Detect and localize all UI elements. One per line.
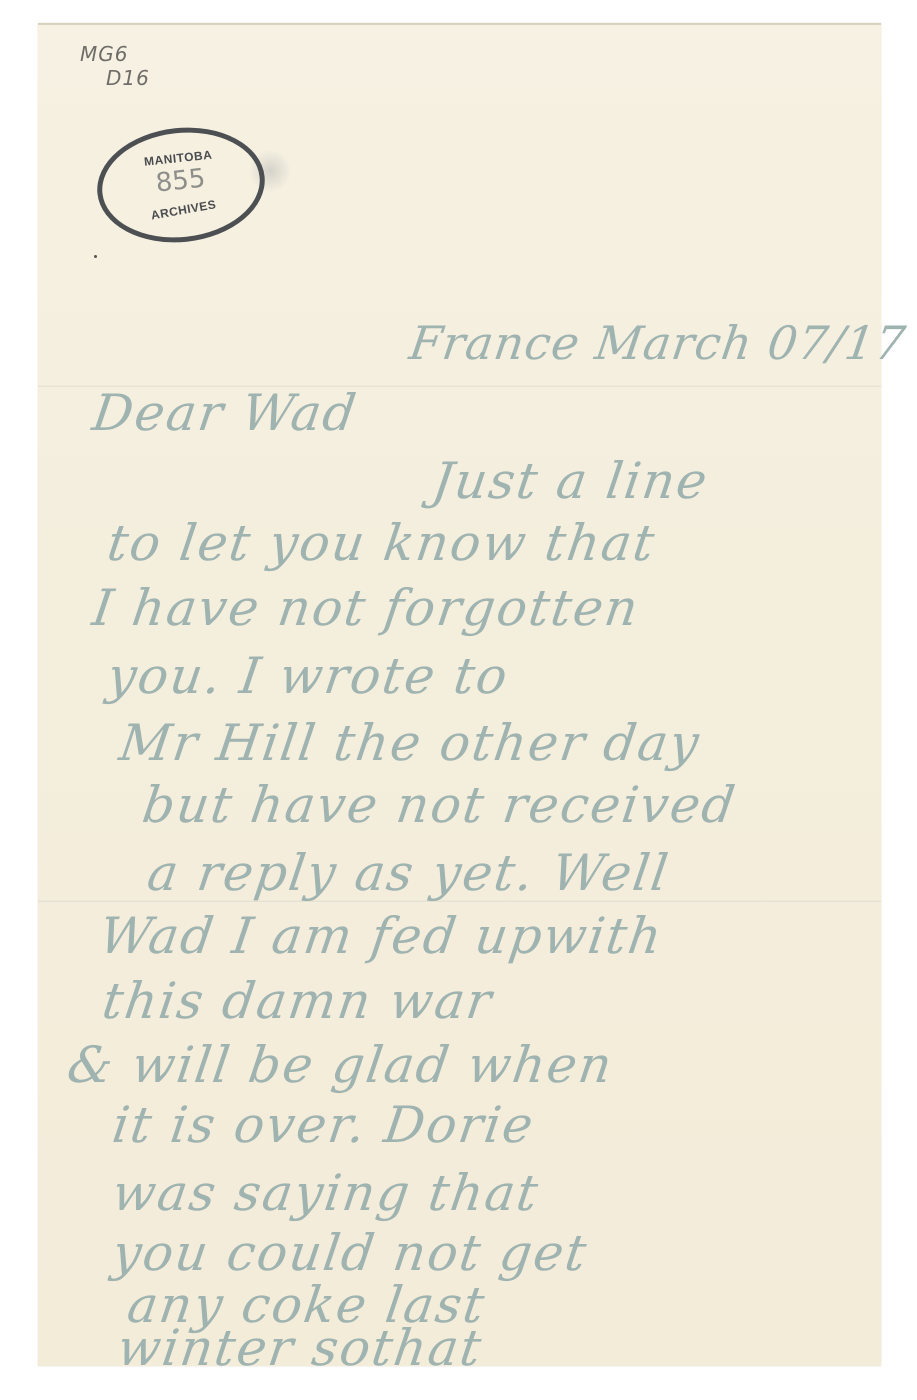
letter-line: to let you know that — [104, 513, 660, 573]
letter-line: & will be glad when — [64, 1035, 617, 1095]
letter-line: this damn war — [99, 971, 497, 1031]
letter-line: you. I wrote to — [104, 646, 513, 706]
letter-line: Just a line — [429, 451, 713, 511]
letter-salutation: Dear Wad — [89, 383, 362, 443]
letter-line: was saying that — [109, 1163, 544, 1223]
call-number-line1: MG6 — [80, 43, 128, 65]
letter-line: it is over. Dorie — [109, 1095, 539, 1155]
letter-line: a reply as yet. Well — [144, 843, 674, 903]
letter-line: Wad I am fed upwith — [96, 906, 667, 966]
letter-line: Mr Hill the other day — [116, 713, 705, 773]
letter-line: but have not received — [139, 775, 741, 835]
ink-dot — [94, 255, 97, 258]
letter-line: I have not forgotten — [89, 578, 644, 638]
letter-line: you could not get — [109, 1223, 592, 1283]
letter-dateline: France March 07/17 — [406, 313, 910, 373]
letter-line: winter sothat — [114, 1318, 487, 1378]
letter-page: MG6 D16 MANITOBA 855 ARCHIVES France Mar… — [38, 23, 881, 1366]
archives-stamp: MANITOBA 855 ARCHIVES — [92, 120, 271, 251]
call-number-line2: D16 — [106, 67, 150, 89]
